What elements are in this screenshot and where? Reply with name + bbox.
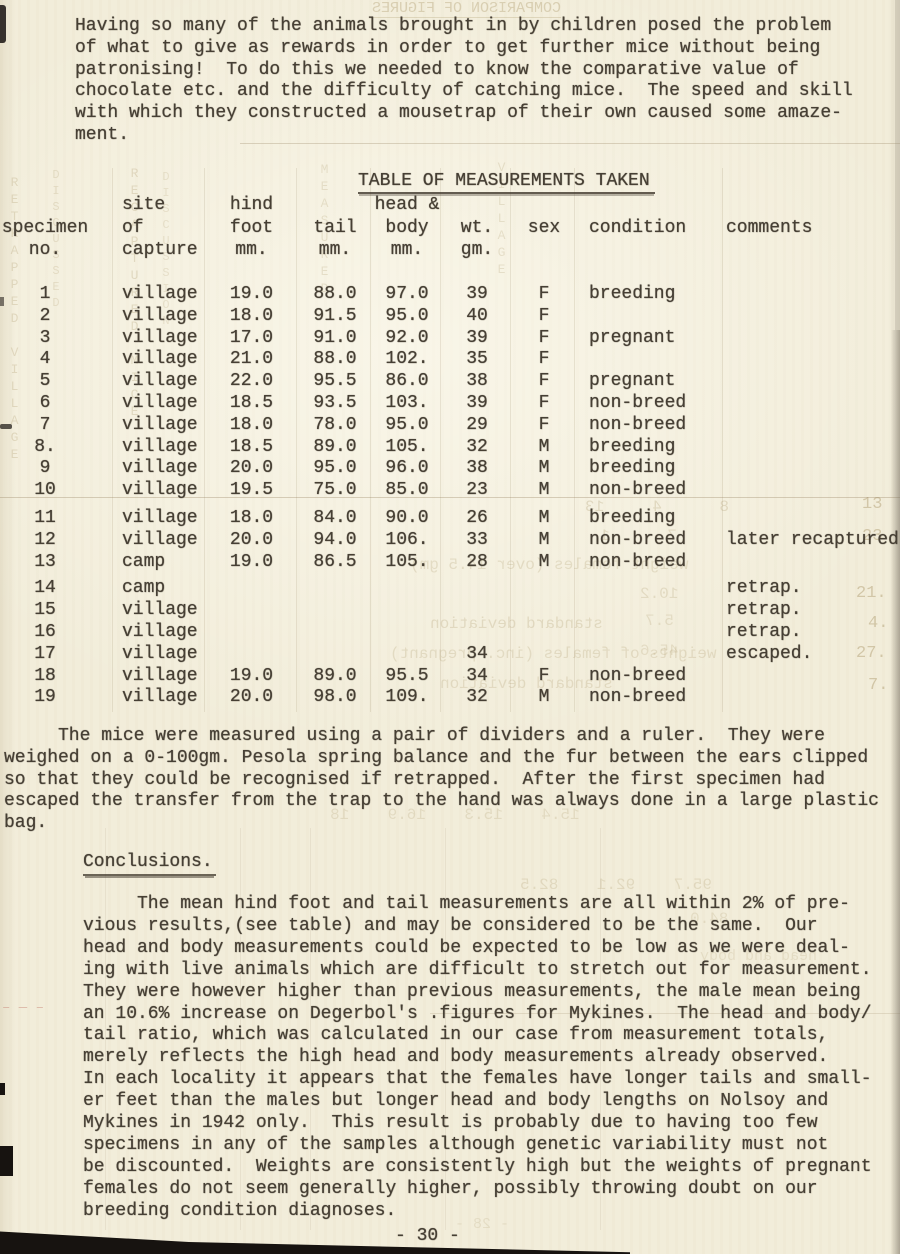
table-cell	[512, 644, 576, 666]
table-cell	[205, 578, 298, 600]
table-cell: breeding	[576, 437, 726, 459]
table-cell: retrap.	[726, 578, 900, 600]
table-body: 1village19.088.097.039Fbreeding2village1…	[0, 284, 900, 709]
table-cell	[576, 349, 726, 371]
table-header-cell: head & body mm.	[372, 194, 442, 264]
table-cell	[372, 644, 442, 666]
page-edge-shadow	[895, 0, 900, 330]
table-cell: breeding	[576, 458, 726, 480]
table-cell: village	[90, 349, 205, 371]
table-cell: 40	[442, 306, 512, 328]
table-cell: 12	[0, 530, 90, 552]
table-cell: 17.0	[205, 328, 298, 350]
table-cell: camp	[90, 578, 205, 600]
table-cell	[726, 508, 900, 530]
table-cell	[205, 644, 298, 666]
table-cell: M	[512, 508, 576, 530]
table-cell: 85.0	[372, 480, 442, 502]
conclusions-heading: Conclusions.	[83, 852, 216, 872]
table-cell: later recaptured.	[726, 530, 900, 552]
table-cell: 95.5	[298, 371, 372, 393]
table-cell	[512, 600, 576, 622]
table-cell: 95.0	[372, 415, 442, 437]
table-cell: M	[512, 437, 576, 459]
show-through-artifact: – — –	[2, 1000, 44, 1016]
table-cell: 90.0	[372, 508, 442, 530]
table-cell: 93.5	[298, 393, 372, 415]
table-row: 2village18.091.595.040F	[0, 306, 900, 328]
table-cell: 19.0	[205, 666, 298, 688]
table-row: 16villageretrap.	[0, 622, 900, 644]
table-cell: 38	[442, 458, 512, 480]
table-cell: 39	[442, 284, 512, 306]
table-cell: village	[90, 415, 205, 437]
table-row: 19village20.098.0109.32Mnon-breed	[0, 687, 900, 709]
table-cell: 88.0	[298, 349, 372, 371]
table-cell: F	[512, 328, 576, 350]
table-cell: 86.0	[372, 371, 442, 393]
intro-paragraph: Having so many of the animals brought in…	[75, 16, 853, 147]
table-cell: village	[90, 328, 205, 350]
table-cell	[726, 480, 900, 502]
table-cell	[298, 578, 372, 600]
table-cell: 16	[0, 622, 90, 644]
table-cell: pregnant	[576, 328, 726, 350]
table-cell: 17	[0, 644, 90, 666]
table-row: 3village17.091.092.039Fpregnant	[0, 328, 900, 350]
table-cell: 84.0	[298, 508, 372, 530]
table-cell: non-breed	[576, 480, 726, 502]
table-cell	[726, 371, 900, 393]
table-cell: 89.0	[298, 666, 372, 688]
table-title: TABLE OF MEASUREMENTS TAKEN	[358, 171, 655, 191]
table-cell: retrap.	[726, 600, 900, 622]
table-header-cell: wt. gm.	[442, 194, 512, 264]
table-cell: 32	[442, 687, 512, 709]
table-cell: 109.	[372, 687, 442, 709]
table-cell: 86.5	[298, 552, 372, 574]
table-cell: 95.0	[298, 458, 372, 480]
table-cell: 20.0	[205, 458, 298, 480]
table-cell: 38	[442, 371, 512, 393]
table-cell: village	[90, 644, 205, 666]
table-cell	[576, 600, 726, 622]
table-header-cell: site of capture	[90, 194, 205, 264]
table-header-cell: comments	[726, 194, 900, 264]
table-cell: 18.0	[205, 306, 298, 328]
table-header-cell: specimen no.	[0, 194, 90, 264]
table-cell	[726, 687, 900, 709]
table-cell: non-breed	[576, 552, 726, 574]
table-cell: 88.0	[298, 284, 372, 306]
table-cell: F	[512, 284, 576, 306]
conclusions-paragraph: The mean hind foot and tail measurements…	[83, 894, 872, 1223]
table-cell	[576, 622, 726, 644]
table-cell: 105.	[372, 437, 442, 459]
table-header-cell: condition	[576, 194, 726, 264]
table-cell: 34	[442, 644, 512, 666]
table-cell: 97.0	[372, 284, 442, 306]
table-cell: escaped.	[726, 644, 900, 666]
table-cell	[205, 600, 298, 622]
table-cell	[576, 578, 726, 600]
scan-corner-shadow	[0, 1224, 630, 1254]
table-cell	[726, 284, 900, 306]
table-cell: M	[512, 458, 576, 480]
table-cell: non-breed	[576, 530, 726, 552]
table-cell: village	[90, 600, 205, 622]
table-cell: 11	[0, 508, 90, 530]
table-cell	[372, 600, 442, 622]
table-cell: non-breed	[576, 687, 726, 709]
table-cell: 96.0	[372, 458, 442, 480]
table-row: 12village20.094.0106.33Mnon-breedlater r…	[0, 530, 900, 552]
table-cell	[726, 552, 900, 574]
table-cell: F	[512, 349, 576, 371]
table-cell: 2	[0, 306, 90, 328]
conclusions-heading-text: Conclusions.	[83, 852, 216, 876]
table-cell: 106.	[372, 530, 442, 552]
table-cell	[298, 600, 372, 622]
table-cell: 92.0	[372, 328, 442, 350]
table-cell: 19.5	[205, 480, 298, 502]
table-cell: 10	[0, 480, 90, 502]
table-cell: village	[90, 371, 205, 393]
table-cell: village	[90, 622, 205, 644]
table-cell: 103.	[372, 393, 442, 415]
table-cell	[726, 458, 900, 480]
table-cell: non-breed	[576, 393, 726, 415]
table-cell: camp	[90, 552, 205, 574]
scan-edge-mark	[0, 1146, 13, 1176]
table-cell: 34	[442, 666, 512, 688]
table-cell: M	[512, 530, 576, 552]
table-cell: 19.0	[205, 552, 298, 574]
table-row: 14campretrap.	[0, 578, 900, 600]
table-row: 13camp19.086.5105.28Mnon-breed	[0, 552, 900, 574]
scan-edge-mark	[0, 1083, 5, 1095]
table-cell: 18.5	[205, 437, 298, 459]
table-cell: M	[512, 552, 576, 574]
table-cell: 18.5	[205, 393, 298, 415]
table-header-cell: hind foot mm.	[205, 194, 298, 264]
table-cell	[512, 622, 576, 644]
table-cell: village	[90, 530, 205, 552]
table-cell	[442, 622, 512, 644]
table-cell: 98.0	[298, 687, 372, 709]
table-cell: 29	[442, 415, 512, 437]
table-cell: F	[512, 666, 576, 688]
table-cell: M	[512, 687, 576, 709]
table-cell: 8.	[0, 437, 90, 459]
table-cell: 22.0	[205, 371, 298, 393]
table-cell: 19.0	[205, 284, 298, 306]
table-cell: 95.0	[372, 306, 442, 328]
table-cell: village	[90, 687, 205, 709]
table-cell: breeding	[576, 508, 726, 530]
table-cell: village	[90, 666, 205, 688]
table-cell: 18	[0, 666, 90, 688]
table-cell: 28	[442, 552, 512, 574]
table-cell	[726, 437, 900, 459]
table-cell	[576, 306, 726, 328]
table-cell	[726, 306, 900, 328]
table-cell: 102.	[372, 349, 442, 371]
table-row: 6village18.593.5103.39Fnon-breed	[0, 393, 900, 415]
table-cell: 7	[0, 415, 90, 437]
table-row: 11village18.084.090.026Mbreeding	[0, 508, 900, 530]
table-cell: F	[512, 371, 576, 393]
table-cell: 18.0	[205, 415, 298, 437]
page-number: - 30 -	[395, 1226, 460, 1246]
table-cell: 95.5	[372, 666, 442, 688]
table-row: 17village34escaped.	[0, 644, 900, 666]
table-cell	[726, 415, 900, 437]
table-cell: village	[90, 437, 205, 459]
table-cell: 6	[0, 393, 90, 415]
table-cell: 91.0	[298, 328, 372, 350]
table-cell: 3	[0, 328, 90, 350]
scanned-document-page: COMPARISON OF FIGURESRETRAPPED VILLAGEDI…	[0, 0, 900, 1254]
table-cell: non-breed	[576, 666, 726, 688]
scan-edge-mark	[0, 5, 6, 43]
table-cell	[205, 622, 298, 644]
table-cell	[372, 578, 442, 600]
table-cell: 14	[0, 578, 90, 600]
table-cell: F	[512, 306, 576, 328]
table-header-cell: tail mm.	[298, 194, 372, 264]
table-cell: 26	[442, 508, 512, 530]
table-cell: 18.0	[205, 508, 298, 530]
table-cell: 19	[0, 687, 90, 709]
table-cell: 78.0	[298, 415, 372, 437]
table-cell: 32	[442, 437, 512, 459]
table-row: 8.village18.589.0105.32Mbreeding	[0, 437, 900, 459]
table-cell: 91.5	[298, 306, 372, 328]
table-row: 9village20.095.096.038Mbreeding	[0, 458, 900, 480]
table-cell	[298, 644, 372, 666]
table-cell	[442, 578, 512, 600]
table-cell: 33	[442, 530, 512, 552]
table-cell: village	[90, 393, 205, 415]
table-cell	[442, 600, 512, 622]
table-cell: village	[90, 458, 205, 480]
table-cell: 1	[0, 284, 90, 306]
table-cell: 5	[0, 371, 90, 393]
table-cell	[726, 393, 900, 415]
table-cell: breeding	[576, 284, 726, 306]
table-cell: village	[90, 480, 205, 502]
table-cell: non-breed	[576, 415, 726, 437]
table-cell	[372, 622, 442, 644]
table-header-cell: sex	[512, 194, 576, 264]
table-cell: 94.0	[298, 530, 372, 552]
table-cell: 39	[442, 393, 512, 415]
table-cell: 105.	[372, 552, 442, 574]
table-row: 10village19.575.085.023Mnon-breed	[0, 480, 900, 502]
table-cell	[726, 666, 900, 688]
table-cell: M	[512, 480, 576, 502]
table-cell: 39	[442, 328, 512, 350]
table-cell: 20.0	[205, 530, 298, 552]
table-row: 7village18.078.095.029Fnon-breed	[0, 415, 900, 437]
table-cell: 9	[0, 458, 90, 480]
table-title-text: TABLE OF MEASUREMENTS TAKEN	[358, 171, 655, 194]
table-cell: 35	[442, 349, 512, 371]
table-cell	[576, 644, 726, 666]
table-cell: 15	[0, 600, 90, 622]
show-through-artifact: 95.7 92.1 82.5	[520, 876, 712, 894]
table-cell: 21.0	[205, 349, 298, 371]
table-cell: village	[90, 508, 205, 530]
table-cell: village	[90, 284, 205, 306]
table-row: 1village19.088.097.039Fbreeding	[0, 284, 900, 306]
table-cell: pregnant	[576, 371, 726, 393]
table-row: 18village19.089.095.534Fnon-breed	[0, 666, 900, 688]
table-row: 5village22.095.586.038Fpregnant	[0, 371, 900, 393]
table-cell	[726, 349, 900, 371]
table-cell: retrap.	[726, 622, 900, 644]
table-cell: F	[512, 393, 576, 415]
table-cell: 20.0	[205, 687, 298, 709]
table-cell: village	[90, 306, 205, 328]
table-cell: 23	[442, 480, 512, 502]
table-cell: F	[512, 415, 576, 437]
table-cell	[726, 328, 900, 350]
methods-paragraph: The mice were measured using a pair of d…	[4, 726, 879, 835]
table-row: 15villageretrap.	[0, 600, 900, 622]
table-cell: 13	[0, 552, 90, 574]
table-cell: 89.0	[298, 437, 372, 459]
table-cell	[512, 578, 576, 600]
table-cell: 75.0	[298, 480, 372, 502]
table-row: 4village21.088.0102.35F	[0, 349, 900, 371]
table-cell	[298, 622, 372, 644]
table-header-row: specimen no.site of capturehind foot mm.…	[0, 194, 900, 264]
table-cell: 4	[0, 349, 90, 371]
